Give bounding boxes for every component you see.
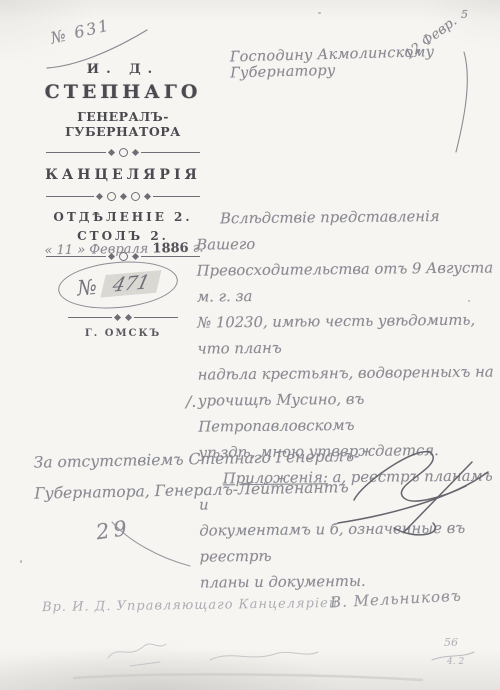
letterhead-bottom: Г. ОМСКЪ [28,306,218,339]
body-line: Превосходительства отъ 9 Августа м. г. з… [197,255,498,310]
scanned-document-page: № 631 5 12 Февр. Господину Акмолинскому … [0,0,500,690]
ornament-divider [68,312,178,322]
page-number: 5 [461,8,468,21]
document-date: « 11 » Февраля 1886 г. [34,240,214,258]
letterhead-chancellery: КАНЦЕЛЯРІЯ [28,167,218,183]
scan-speckle [20,560,22,563]
outgoing-number-oval: № 471 [56,257,180,313]
pencil-underline [428,648,478,668]
date-year: 1886 [152,241,188,257]
letterhead-title-governor-general: ГЕНЕРАЛЪ-ГУБЕРНАТОРА [28,109,218,139]
scan-speckle [468,300,470,302]
scan-speckle [318,12,321,14]
clerk-title-line: Вр. И. Д. Управляющаго Канцеляріей [42,596,338,615]
numero-sign: № [76,275,98,301]
outgoing-number: 471 [100,270,161,297]
body-line: Вслѣдствіе представленія Вашего [196,203,497,258]
letterhead: И. Д. СТЕПНАГО ГЕНЕРАЛЪ-ГУБЕРНАТОРА КАНЦ… [28,62,218,261]
bottom-edge-smudge [70,668,430,686]
letterhead-department: ОТДѢЛЕНІЕ 2. [28,210,218,224]
ornament-divider [46,147,200,157]
letterhead-title-steppe: СТЕПНАГО [28,81,218,103]
body-line: надѣла крестьянъ, водворенныхъ на [198,359,498,388]
margin-check-mark: /. [186,392,196,411]
folio-strike [82,520,202,570]
date-day-month: « 11 » Февраля [44,242,148,259]
pencil-scribble [100,636,350,672]
letterhead-acting-initials: И. Д. [28,62,218,77]
ornament-divider [46,191,200,201]
body-line: № 10230, имѣю честь увѣдомить, что планъ [197,307,498,362]
governor-signature [332,428,497,548]
letterhead-city: Г. ОМСКЪ [28,328,218,339]
